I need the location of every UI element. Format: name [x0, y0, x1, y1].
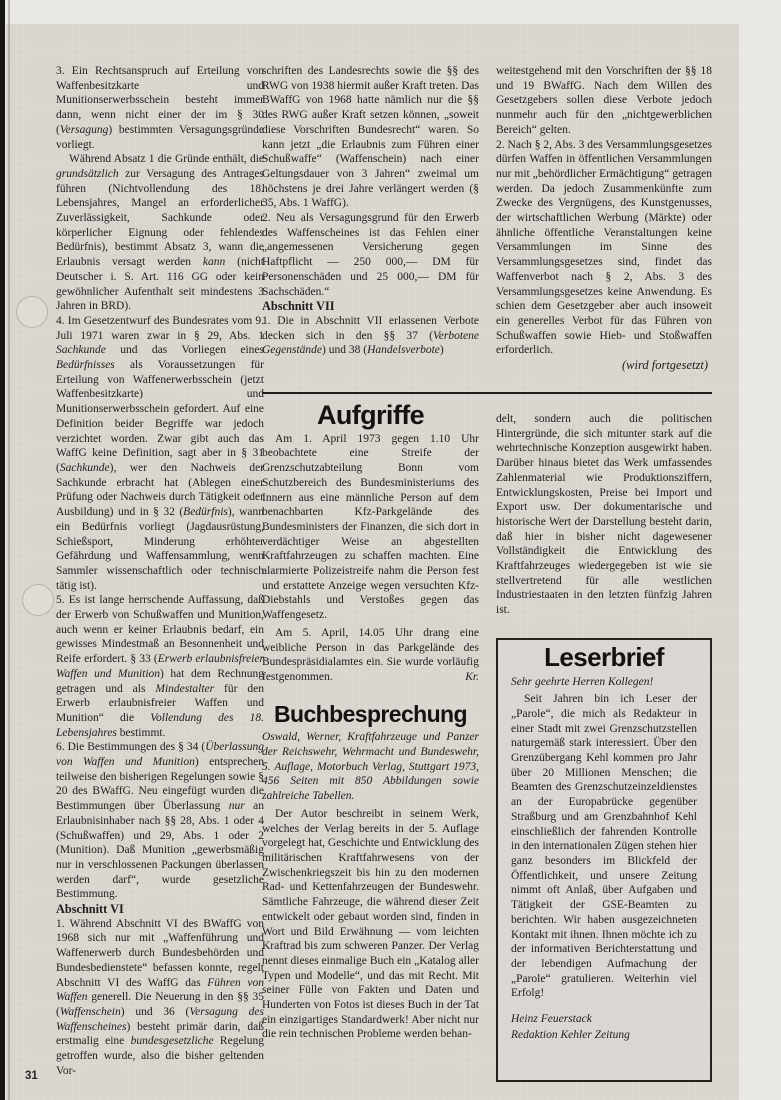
bibliography-text: Oswald, Werner, Kraftfahrzeuge und Panze… — [262, 730, 479, 804]
article-paragraph: 5. Es ist lange herrschende Auffassung, … — [56, 593, 264, 740]
continuation-note: (wird fortgesetzt) — [496, 358, 712, 373]
column-3-upper: weitestgehend mit den Vorschriften der §… — [496, 64, 712, 373]
signature-role: Redaktion Kehler Zeitung — [511, 1027, 697, 1043]
article-paragraph: 3. Ein Rechtsanspruch auf Erteilung von … — [56, 64, 264, 152]
hole-punch-bottom — [22, 584, 54, 616]
headline-leserbrief: Leserbrief — [511, 650, 697, 665]
section-heading-abschnitt-vii: Abschnitt VII — [262, 299, 479, 314]
article-paragraph: weitestgehend mit den Vorschriften der §… — [496, 64, 712, 138]
section-heading-abschnitt-vi: Abschnitt VI — [56, 902, 264, 917]
column-2-lower: Aufgriffe Am 1. April 1973 gegen 1.10 Uh… — [262, 406, 479, 1042]
article-paragraph: Während Absatz 1 die Gründe enthält, die… — [56, 152, 264, 314]
article-paragraph: 6. Die Bestimmungen des § 34 (Überlassun… — [56, 740, 264, 902]
letter-salutation: Sehr geehrte Herren Kollegen! — [511, 675, 697, 690]
column-3-lower: delt, sondern auch die politischen Hinte… — [496, 412, 712, 1082]
article-paragraph: 2. Neu als Versagungsgrund für den Erwer… — [262, 211, 479, 299]
leserbrief-box: Leserbrief Sehr geehrte Herren Kollegen!… — [496, 638, 712, 1082]
letter-signature: Heinz Feuerstack Redaktion Kehler Zeitun… — [511, 1011, 697, 1043]
letter-body: Seit Jahren bin ich Leser der „Parole“, … — [511, 692, 697, 1001]
column-2-upper: schriften des Landesrechts sowie die §§ … — [262, 64, 479, 358]
article-paragraph: 2. Nach § 2, Abs. 3 des Versammlungsgese… — [496, 138, 712, 359]
spine-shadow-line — [8, 0, 10, 1100]
article-paragraph: Der Autor beschreibt in seinem Werk, wel… — [262, 807, 479, 1042]
article-paragraph: schriften des Landesrechts sowie die §§ … — [262, 64, 479, 211]
article-paragraph: Am 5. April, 14.05 Uhr drang eine weibli… — [262, 626, 479, 685]
article-paragraph: 1. Die in Abschnitt VII erlassenen Verbo… — [262, 314, 479, 358]
scanned-magazine-page: { "page": { "number": "31" }, "col1": { … — [0, 0, 781, 1100]
article-paragraph: 4. Im Gesetzentwurf des Bundesrates vom … — [56, 314, 264, 593]
binding-spine — [0, 0, 5, 1100]
signature-name: Heinz Feuerstack — [511, 1011, 697, 1027]
article-paragraph: delt, sondern auch die politischen Hinte… — [496, 412, 712, 618]
page-number: 31 — [25, 1070, 38, 1082]
hole-punch-top — [16, 296, 48, 328]
bibliography-block: Oswald, Werner, Kraftfahrzeuge und Panze… — [262, 730, 479, 804]
headline-buchbesprechung: Buchbesprechung — [262, 707, 479, 722]
author-initials: Kr. — [444, 670, 479, 685]
section-divider-rule — [262, 392, 712, 394]
article-paragraph: 1. Während Abschnitt VI des BWaffG von 1… — [56, 917, 264, 1079]
headline-aufgriffe: Aufgriffe — [262, 408, 479, 423]
article-paragraph: Am 1. April 1973 gegen 1.10 Uhr beobacht… — [262, 432, 479, 623]
column-1: 3. Ein Rechtsanspruch auf Erteilung von … — [56, 64, 264, 1079]
